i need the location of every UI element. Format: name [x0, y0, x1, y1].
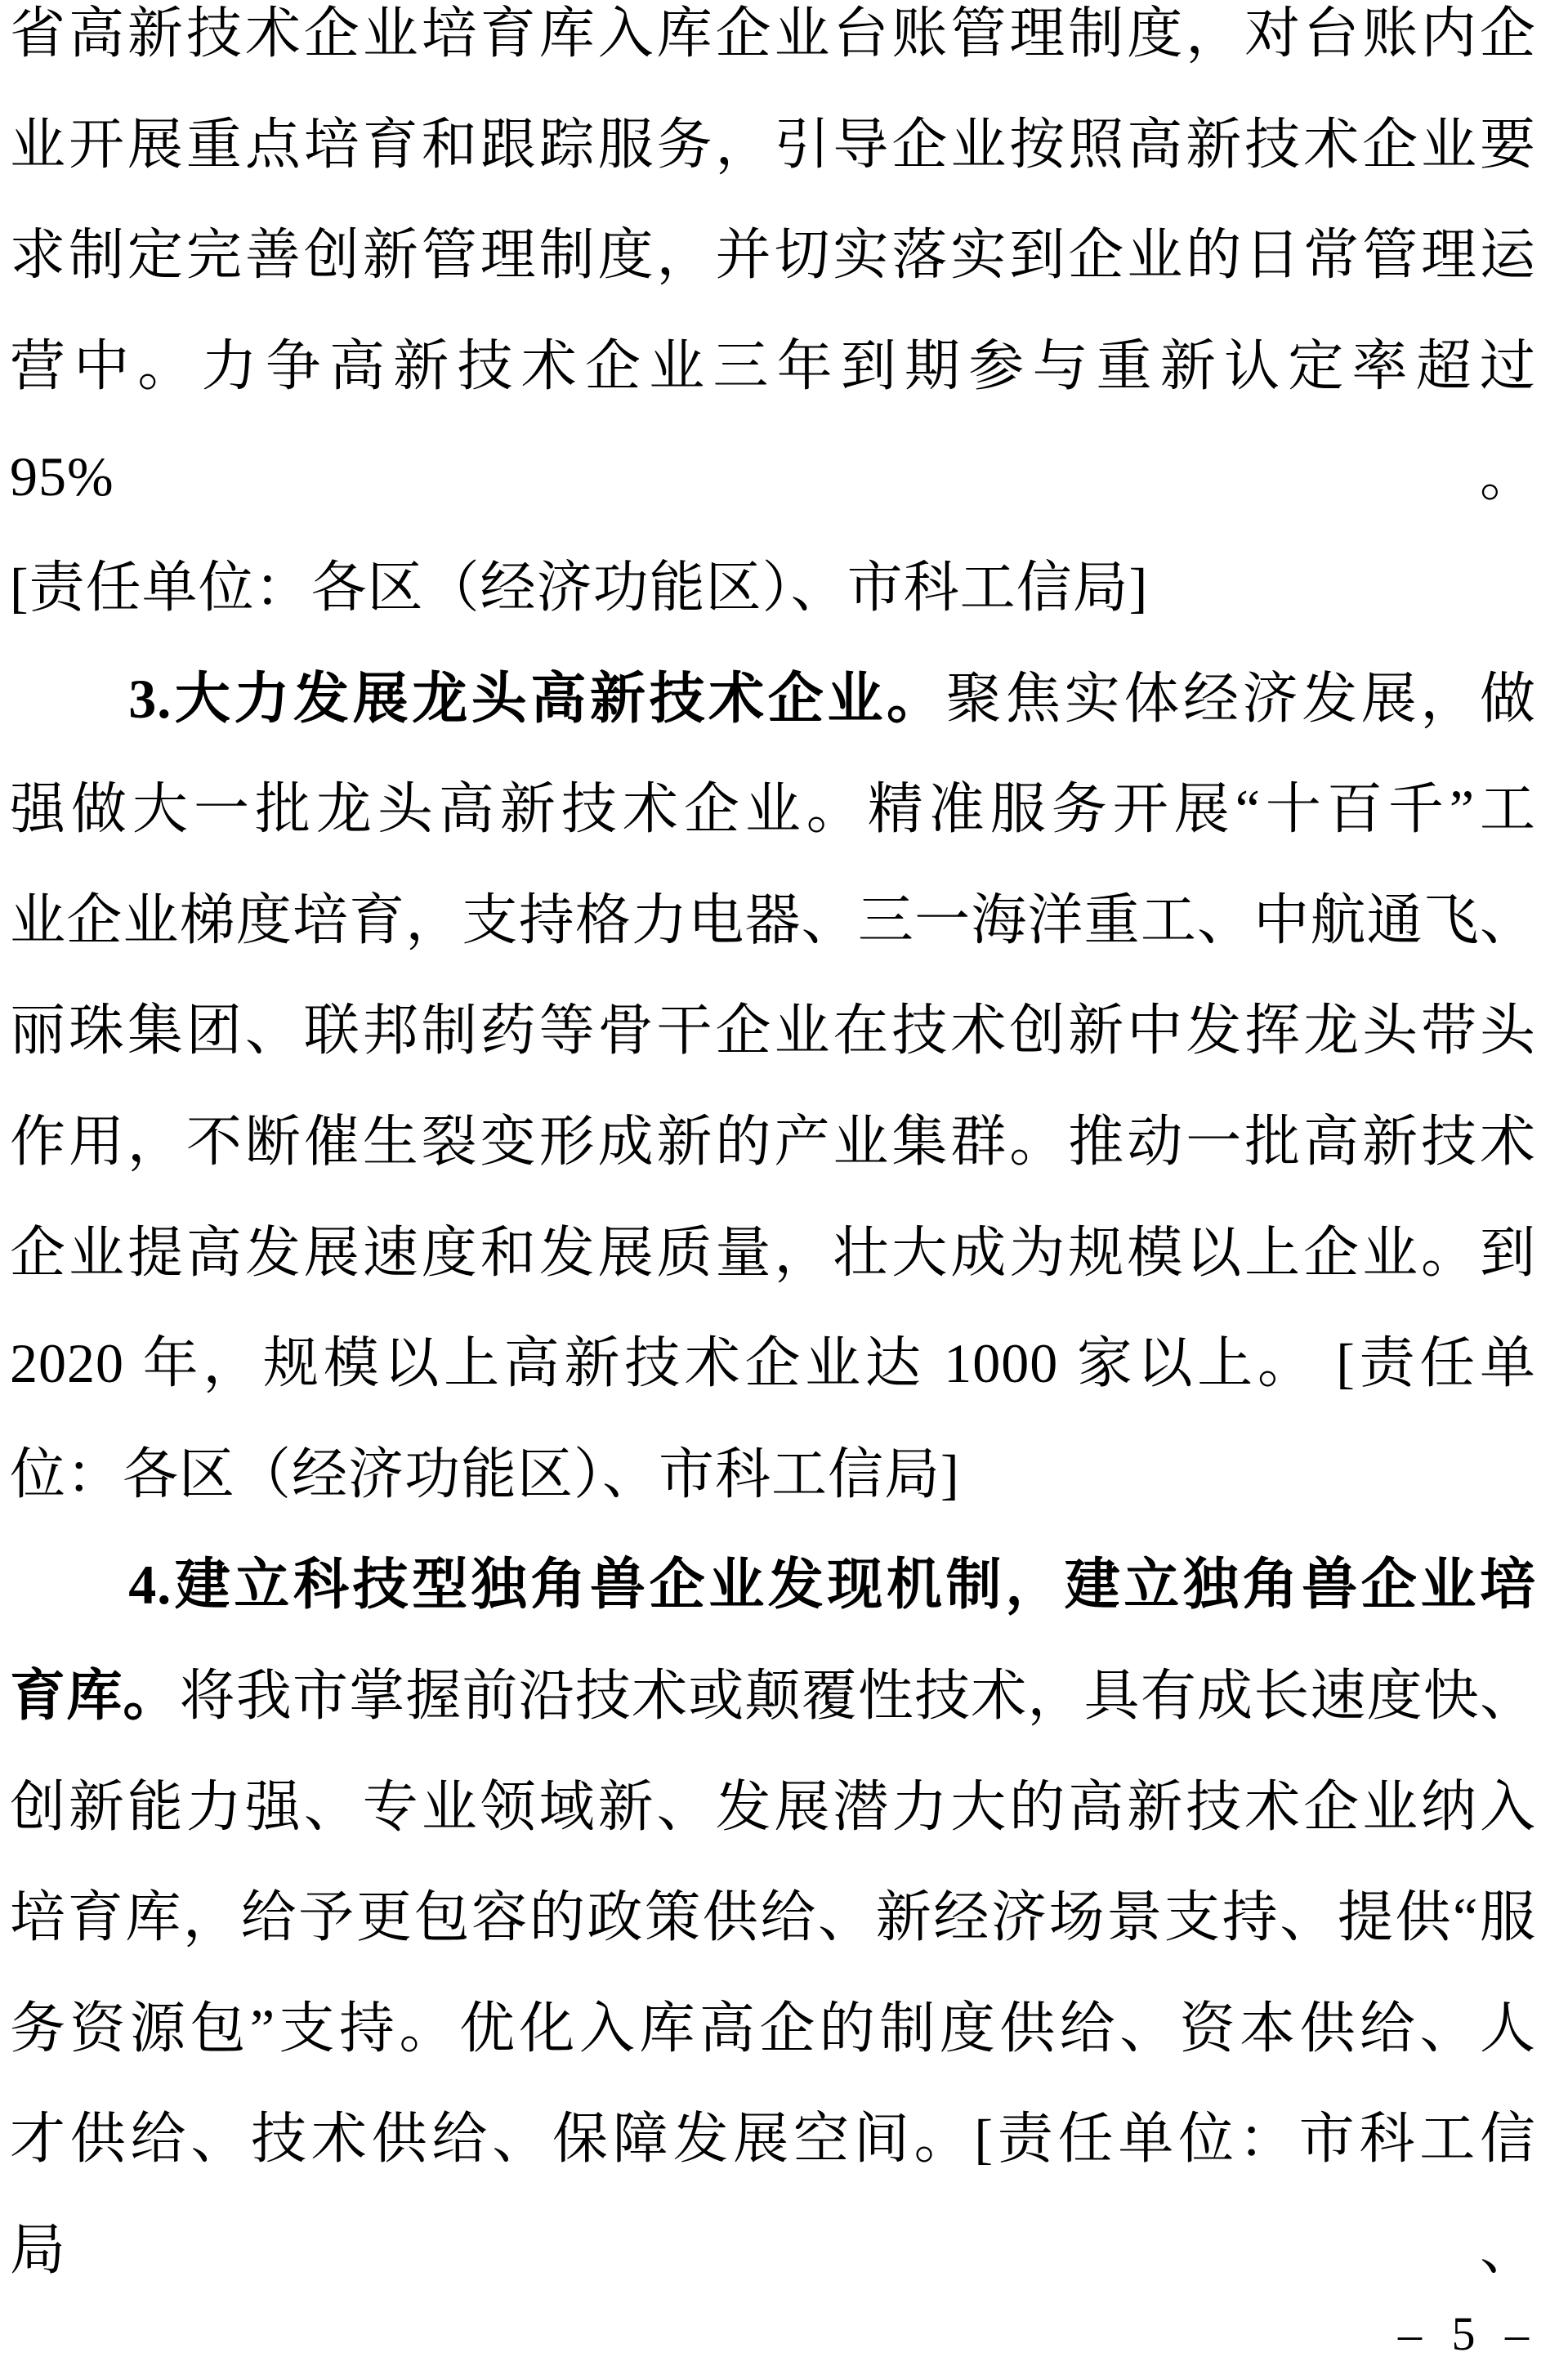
text-segment: 将我市掌握前沿技术或颠覆性技术，具有成长速度快、	[180, 1665, 1536, 1727]
text-segment: 作用，不断催生裂变形成新的产业集群。推动一批高新技术	[10, 1111, 1536, 1173]
bold-segment: 3.大力发展龙头高新技术企业。	[10, 668, 946, 730]
text-segment: 创新能力强、专业领域新、发展潜力大的高新技术企业纳入	[10, 1776, 1536, 1838]
document-body: 省高新技术企业培育库入库企业台账管理制度，对台账内企 业开展重点培育和跟踪服务，…	[10, 0, 1536, 2306]
text-segment: 营中。力争高新技术企业三年到期参与重新认定率超过 95%。	[10, 335, 1536, 508]
text-segment: 求制定完善创新管理制度，并切实落实到企业的日常管理运	[10, 224, 1536, 286]
text-line: 业开展重点培育和跟踪服务，引导企业按照高新技术企业要	[10, 90, 1536, 201]
text-line: 育库。将我市掌握前沿技术或颠覆性技术，具有成长速度快、	[10, 1641, 1536, 1752]
text-line-heading-3: 3.大力发展龙头高新技术企业。聚焦实体经济发展，做	[10, 644, 1536, 755]
text-segment: 才供给、技术供给、保障发展空间。[责任单位：市科工信局、	[10, 2108, 1536, 2281]
text-line: 培育库，给予更包容的政策供给、新经济场景支持、提供“服	[10, 1863, 1536, 1974]
text-line-responsibility: [责任单位：各区（经济功能区）、市科工信局]	[10, 533, 1536, 644]
text-line: 企业提高发展速度和发展质量，壮大成为规模以上企业。到	[10, 1198, 1536, 1309]
bold-segment: 育库。	[10, 1665, 180, 1727]
document-page: 省高新技术企业培育库入库企业台账管理制度，对台账内企 业开展重点培育和跟踪服务，…	[0, 0, 1568, 2366]
text-line: 2020 年，规模以上高新技术企业达 1000 家以上。 [责任单	[10, 1308, 1536, 1420]
page-number: – 5 –	[1398, 2310, 1530, 2358]
text-segment: 2020 年，规模以上高新技术企业达 1000 家以上。 [责任单	[10, 1332, 1536, 1394]
text-segment: 强做大一批龙头高新技术企业。精准服务开展“十百千”工	[10, 778, 1536, 840]
text-segment: 培育库，给予更包容的政策供给、新经济场景支持、提供“服	[10, 1886, 1536, 1948]
text-line: 才供给、技术供给、保障发展空间。[责任单位：市科工信局、	[10, 2084, 1536, 2306]
text-line-heading-4: 4.建立科技型独角兽企业发现机制，建立独角兽企业培	[10, 1530, 1536, 1641]
text-segment: 企业提高发展速度和发展质量，壮大成为规模以上企业。到	[10, 1222, 1536, 1284]
text-line: 务资源包”支持。优化入库高企的制度供给、资本供给、人	[10, 1974, 1536, 2085]
text-line: 强做大一批龙头高新技术企业。精准服务开展“十百千”工	[10, 754, 1536, 865]
text-segment: [责任单位：各区（经济功能区）、市科工信局]	[10, 557, 1148, 619]
text-segment: 业企业梯度培育，支持格力电器、三一海洋重工、中航通飞、	[10, 889, 1536, 951]
text-line: 作用，不断催生裂变形成新的产业集群。推动一批高新技术	[10, 1087, 1536, 1198]
text-line: 丽珠集团、联邦制药等骨干企业在技术创新中发挥龙头带头	[10, 976, 1536, 1087]
bold-segment: 4.建立科技型独角兽企业发现机制，建立独角兽企业培	[10, 1554, 1536, 1616]
text-line: 求制定完善创新管理制度，并切实落实到企业的日常管理运	[10, 200, 1536, 311]
text-line: 创新能力强、专业领域新、发展潜力大的高新技术企业纳入	[10, 1752, 1536, 1863]
text-segment: 位：各区（经济功能区）、市科工信局]	[10, 1443, 960, 1505]
text-segment: 省高新技术企业培育库入库企业台账管理制度，对台账内企	[10, 2, 1536, 65]
text-line: 业企业梯度培育，支持格力电器、三一海洋重工、中航通飞、	[10, 865, 1536, 977]
text-line: 营中。力争高新技术企业三年到期参与重新认定率超过 95%。	[10, 311, 1536, 533]
text-segment: 聚焦实体经济发展，做	[946, 668, 1536, 730]
text-line-responsibility: 位：各区（经济功能区）、市科工信局]	[10, 1420, 1536, 1531]
text-segment: 丽珠集团、联邦制药等骨干企业在技术创新中发挥龙头带头	[10, 1000, 1536, 1062]
text-segment: 业开展重点培育和跟踪服务，引导企业按照高新技术企业要	[10, 114, 1536, 176]
text-line: 省高新技术企业培育库入库企业台账管理制度，对台账内企	[10, 0, 1536, 90]
text-segment: 务资源包”支持。优化入库高企的制度供给、资本供给、人	[10, 1997, 1536, 2060]
